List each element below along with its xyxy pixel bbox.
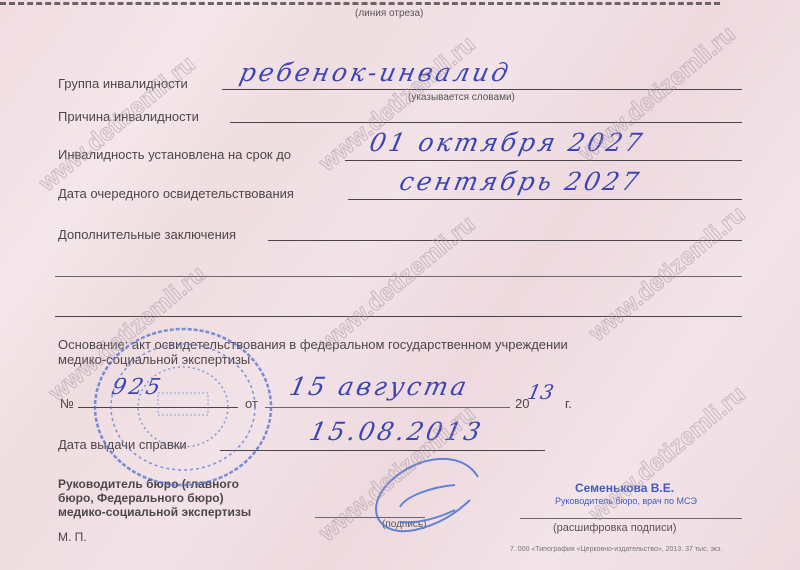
- additional-conclusions-label: Дополнительные заключения: [58, 227, 236, 242]
- signature-icon: [360, 452, 500, 542]
- head-label-line2: бюро, Федерального бюро): [58, 491, 224, 505]
- issue-date-value: 15.08.2013: [307, 417, 486, 446]
- disability-cause-label: Причина инвалидности: [58, 109, 199, 124]
- decoder-name: Семенькова В.Е.: [575, 481, 674, 495]
- decoding-line: [520, 518, 742, 519]
- seal-stamp-icon: [88, 325, 278, 490]
- watermark: www.detizemli.ru: [584, 201, 751, 348]
- valid-until-value: 01 октября 2027: [367, 128, 648, 157]
- cut-line-caption: (линия отреза): [355, 8, 423, 19]
- valid-until-line: [345, 160, 742, 161]
- act-number-label: №: [60, 396, 74, 411]
- next-review-line: [348, 199, 742, 200]
- disability-group-hint: (указывается словами): [408, 92, 515, 103]
- decoder-title: Руководитель бюро, врач по МСЭ: [555, 496, 697, 506]
- decoding-caption: (расшифровка подписи): [553, 522, 676, 534]
- head-label-line3: медико-социальной экспертизы: [58, 505, 251, 519]
- additional-conclusions-line-3: [55, 316, 742, 317]
- disability-cause-line: [230, 122, 742, 123]
- act-year-suffix: г.: [565, 396, 572, 411]
- next-review-label: Дата очередного освидетельствования: [58, 186, 294, 201]
- act-date-value: 15 августа: [287, 372, 472, 401]
- watermark: www.detizemli.ru: [314, 211, 481, 358]
- seal-label: М. П.: [58, 530, 87, 544]
- watermark: www.detizemli.ru: [34, 51, 201, 198]
- valid-until-label: Инвалидность установлена на срок до: [58, 147, 291, 162]
- disability-group-line: [222, 89, 742, 90]
- act-year-value: 13: [525, 380, 556, 404]
- disability-group-value: ребенок-инвалид: [237, 58, 514, 87]
- disability-group-label: Группа инвалидности: [58, 76, 188, 91]
- act-date-line: [265, 407, 510, 408]
- next-review-value: сентябрь 2027: [397, 167, 644, 196]
- cut-line: [0, 2, 720, 5]
- additional-conclusions-line-1: [268, 240, 742, 241]
- footer-note: 7. 000 «Типография «Церковно-издательств…: [510, 546, 722, 553]
- additional-conclusions-line-2: [55, 276, 742, 277]
